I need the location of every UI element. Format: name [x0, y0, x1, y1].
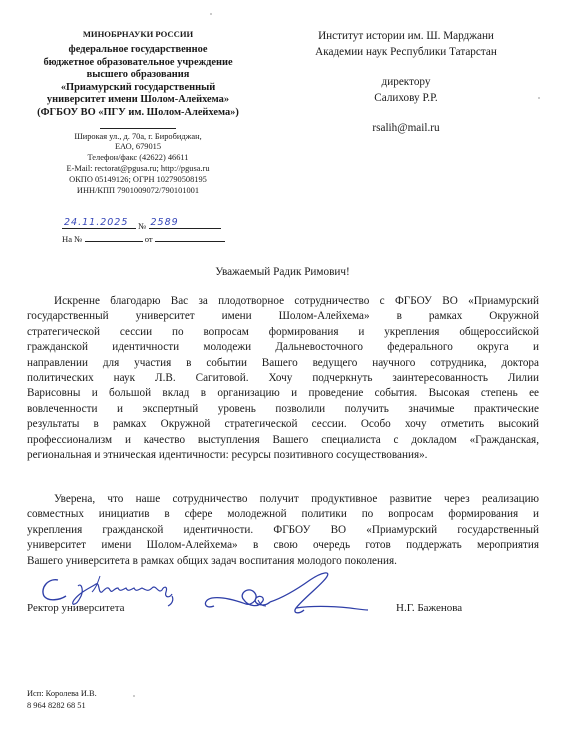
address-line: ОКПО 05149126; ОГРН 102790508195: [18, 175, 258, 186]
handwritten-date: 24.11.2025: [64, 217, 128, 229]
ministry-name: МИНОБРНАУКИ РОССИИ: [18, 29, 258, 40]
paragraph-line: Варисовны и большой вклад в организацию …: [27, 386, 539, 401]
paragraph-line: Вашего университета в рамках общих задач…: [27, 554, 539, 569]
address-line: Широкая ул., д. 70а, г. Биробиджан,: [18, 132, 258, 143]
scan-speck: [210, 13, 212, 15]
paragraph-line: политических наук Л.В. Сагитовой. Хочу п…: [27, 371, 539, 386]
address-line: ИНН/КПП 7901009072/790101001: [18, 186, 258, 197]
org-line: федеральное государственное: [18, 44, 258, 57]
date-field: 24.11.2025: [62, 218, 136, 229]
signatory-name: Н.Г. Баженова: [396, 602, 462, 614]
handwritten-number: 2589: [151, 217, 179, 229]
paragraph-line: Искренне благодарю Вас за плодотворное с…: [27, 294, 539, 309]
paragraph-line: стратегической сессии по вопросам формир…: [27, 325, 539, 340]
letterhead: МИНОБРНАУКИ РОССИИ федеральное государст…: [18, 29, 258, 196]
reply-number-field: [85, 231, 143, 242]
paragraph-line: региональная и этническая идентичности: …: [27, 448, 539, 463]
salutation: Уважаемый Радик Римович!: [0, 266, 565, 278]
paragraph-line: государственный университет имени Шолом-…: [27, 309, 539, 324]
reply-number-label: На №: [62, 234, 82, 244]
executor-info: Исп: Королева И.В. 8 964 8282 68 51: [27, 688, 97, 711]
address-line: E-Mail: rectorat@pgusa.ru; http://pgusa.…: [18, 164, 258, 175]
reply-reference: На № от: [62, 231, 225, 244]
recipient-email: rsalih@mail.ru: [296, 121, 516, 137]
org-line: высшего образования: [18, 69, 258, 82]
reply-date-field: [155, 231, 225, 242]
paragraph-line: вовлеченности и экспертный уровень позво…: [27, 402, 539, 417]
paragraph-line: университет имени Шолом-Алейхема» в свою…: [27, 538, 539, 553]
signatory-title: Ректор университета: [27, 602, 125, 614]
org-line: «Приамурский государственный: [18, 82, 258, 95]
body-paragraph-1: Искренне благодарю Вас за плодотворное с…: [27, 294, 539, 463]
paragraph-line: совместных инициатив в сфере молодежной …: [27, 507, 539, 522]
scan-speck: [133, 695, 135, 697]
organization-address: Широкая ул., д. 70а, г. Биробиджан, ЕАО,…: [18, 132, 258, 197]
address-line: ЕАО, 679015: [18, 142, 258, 153]
recipient-org-parent: Академии наук Республики Татарстан: [296, 45, 516, 61]
address-line: Телефон/факс (42622) 46611: [18, 153, 258, 164]
number-field: 2589: [149, 218, 221, 229]
org-line: университет имени Шолом-Алейхема»: [18, 94, 258, 107]
recipient-position: директору: [296, 75, 516, 91]
executor-name: Исп: Королева И.В.: [27, 688, 97, 700]
org-line: бюджетное образовательное учреждение: [18, 57, 258, 70]
recipient-name: Салихову Р.Р.: [296, 91, 516, 107]
org-line: (ФГБОУ ВО «ПГУ им. Шолом-Алейхема»): [18, 107, 258, 120]
signature-icon: [200, 568, 370, 620]
divider: [100, 128, 176, 129]
body-paragraph-2: Уверена, что наше сотрудничество получит…: [27, 492, 539, 569]
paragraph-line: профессионализм и качество выступления В…: [27, 433, 539, 448]
reply-from-label: от: [145, 234, 153, 244]
paragraph-line: Уверена, что наше сотрудничество получит…: [27, 492, 539, 507]
paragraph-line: укрепления гражданской идентичности. ФГБ…: [27, 523, 539, 538]
number-label: №: [138, 221, 146, 231]
outgoing-registration: 24.11.2025 № 2589: [62, 218, 225, 231]
recipient-block: Институт истории им. Ш. Марджани Академи…: [296, 29, 516, 137]
scan-speck: [538, 97, 540, 99]
recipient-org: Институт истории им. Ш. Марджани: [296, 29, 516, 45]
organization-name: федеральное государственное бюджетное об…: [18, 44, 258, 120]
executor-phone: 8 964 8282 68 51: [27, 700, 97, 712]
paragraph-line: результаты в рамках Окружной стратегичес…: [27, 417, 539, 432]
paragraph-line: гражданской идентичности молодежи Дальне…: [27, 340, 539, 355]
registration-block: 24.11.2025 № 2589 На № от: [62, 218, 225, 244]
paragraph-line: направлении для участия в событии Вашего…: [27, 356, 539, 371]
